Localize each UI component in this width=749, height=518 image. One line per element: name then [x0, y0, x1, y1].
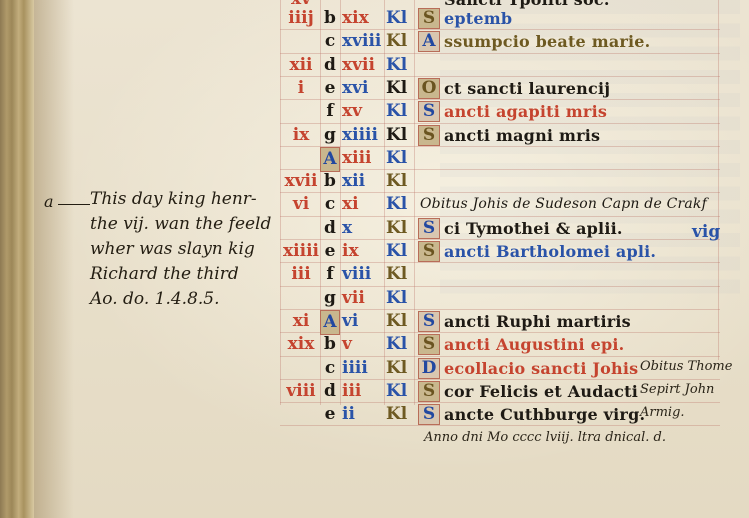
marginal-note-line: the vij. wan the feeld — [90, 212, 271, 237]
kl-abbreviation: Kl — [386, 380, 412, 403]
illuminated-initial: A — [418, 31, 440, 52]
calendar-entry: Obitus Johis de Sudeson Capn de Crakf — [420, 193, 707, 216]
illuminated-initial: S — [418, 125, 440, 146]
calendar-row: ixgxiiiiKlSancti magni mris — [0, 124, 749, 147]
golden-number: iii — [282, 263, 320, 286]
dominical-letter: f — [322, 263, 338, 286]
kl-abbreviation: Kl — [386, 193, 412, 216]
calendar-entry: ecollacio sancti Johis — [444, 357, 638, 380]
calendar-row: ciiiiKlDecollacio sancti JohisObitus Tho… — [0, 357, 749, 380]
calendar-entry: ancte Cuthburge virg. — [444, 403, 645, 426]
kl-abbreviation: Kl — [386, 357, 412, 380]
kl-abbreviation: Kl — [386, 77, 412, 100]
kalends-count: ix — [342, 240, 384, 263]
calendar-entry: ci Tymothei & aplii. — [444, 217, 623, 240]
kalends-count: viii — [342, 263, 384, 286]
kalends-count: vii — [342, 287, 384, 310]
kalends-count: xii — [342, 170, 384, 193]
kalends-count: xviii — [342, 30, 384, 53]
kl-abbreviation: Kl — [386, 100, 412, 123]
golden-number: viii — [282, 380, 320, 403]
calendar-row: AxiiiKl — [0, 147, 749, 170]
kalends-count: xvi — [342, 77, 384, 100]
dominical-letter: c — [322, 357, 338, 380]
illuminated-initial: S — [418, 218, 440, 239]
dominical-letter: c — [322, 193, 338, 216]
kalends-count: iii — [342, 380, 384, 403]
illuminated-initial: S — [418, 334, 440, 355]
dominical-letter: d — [322, 380, 338, 403]
illuminated-initial: D — [418, 358, 440, 379]
kl-abbreviation: Kl — [386, 287, 412, 310]
kalends-count: x — [342, 217, 384, 240]
kl-abbreviation: Kl — [386, 7, 412, 30]
dominical-letter: b — [322, 333, 338, 356]
calendar-row: xixbvKlSancti Augustini epi. — [0, 333, 749, 356]
kalends-count: xiiii — [342, 124, 384, 147]
calendar-entry: cor Felicis et Audacti — [444, 380, 638, 403]
kl-abbreviation: Kl — [386, 310, 412, 333]
calendar-entry: ancti agapiti mris — [444, 100, 607, 123]
kl-abbreviation: Kl — [386, 263, 412, 286]
calendar-entry: ssumpcio beate marie. — [444, 30, 650, 53]
golden-number: xi — [282, 310, 320, 333]
calendar-row: cxviiiKlAssumpcio beate marie. — [0, 30, 749, 53]
calendar-row: xiAviKlSancti Ruphi martiris — [0, 310, 749, 333]
dominical-letter: f — [322, 100, 338, 123]
kl-abbreviation: Kl — [386, 30, 412, 53]
calendar-entry: ancti magni mris — [444, 124, 600, 147]
illuminated-initial: S — [418, 101, 440, 122]
golden-number: xvii — [282, 170, 320, 193]
marginal-pointer-line — [58, 204, 90, 205]
dominical-letter: e — [322, 403, 338, 426]
marginal-note-line: Richard the third — [90, 262, 271, 287]
dominical-letter: b — [322, 170, 338, 193]
kalends-count: ii — [342, 403, 384, 426]
illuminated-initial: S — [418, 8, 440, 29]
illuminated-initial: S — [418, 381, 440, 402]
golden-number: xix — [282, 333, 320, 356]
margin-obit-note: Armig. — [640, 405, 685, 420]
calendar-row: eiiKlSancte Cuthburge virg.Armig. — [0, 403, 749, 426]
golden-number: xii — [282, 54, 320, 77]
calendar-row: fxvKlSancti agapiti mris — [0, 100, 749, 123]
calendar-row: xiidxviiKl — [0, 54, 749, 77]
calendar-entry: ancti Augustini epi. — [444, 333, 624, 356]
kl-abbreviation: Kl — [386, 217, 412, 240]
dominical-letter: A — [320, 147, 340, 172]
golden-number: ix — [282, 124, 320, 147]
marginal-note-line: wher was slayn kig — [90, 237, 271, 262]
kalends-count: vi — [342, 310, 384, 333]
dominical-letter: c — [322, 30, 338, 53]
calendar-entry: ancti Ruphi martiris — [444, 310, 631, 333]
marginal-note-bosworth: This day king henr- the vij. wan the fee… — [90, 187, 271, 312]
dominical-letter: b — [322, 7, 338, 30]
dominical-letter: e — [322, 77, 338, 100]
calendar-entry: ct sancti laurencij — [444, 77, 610, 100]
calendar-entry: ancti Bartholomei apli. — [444, 240, 656, 263]
bottom-annotation: Anno dni Mo cccc lviij. ltra dnical. d. — [424, 430, 666, 445]
dominical-letter: d — [322, 217, 338, 240]
calendar-row: viiidiiiKlScor Felicis et AudactiSepirt … — [0, 380, 749, 403]
vigil-marker: vig — [692, 222, 720, 242]
kl-abbreviation: Kl — [386, 403, 412, 426]
margin-obit-note: Obitus Thome — [640, 359, 732, 374]
illuminated-initial: S — [418, 404, 440, 425]
dominical-letter: e — [322, 240, 338, 263]
golden-number: xiiii — [282, 240, 320, 263]
marginal-pointer-mark: a — [44, 192, 54, 211]
kalends-count: v — [342, 333, 384, 356]
manuscript-page: xv Sancti Ypoliti soc. iiijbxixKlSeptemb… — [0, 0, 749, 518]
calendar-row: iiijbxixKlSeptemb — [0, 7, 749, 30]
kalends-count: xvii — [342, 54, 384, 77]
calendar-row: iexviKlOct sancti laurencij — [0, 77, 749, 100]
kl-abbreviation: Kl — [386, 147, 412, 170]
kl-abbreviation: Kl — [386, 170, 412, 193]
dominical-letter: d — [322, 54, 338, 77]
illuminated-initial: O — [418, 78, 440, 99]
golden-number: i — [282, 77, 320, 100]
margin-obit-note: Sepirt John — [640, 382, 714, 397]
golden-number: vi — [282, 193, 320, 216]
dominical-letter: A — [320, 310, 340, 335]
kl-abbreviation: Kl — [386, 333, 412, 356]
kalends-count: xi — [342, 193, 384, 216]
illuminated-initial: S — [418, 241, 440, 262]
illuminated-initial: S — [418, 311, 440, 332]
kalends-count: iiii — [342, 357, 384, 380]
kl-abbreviation: Kl — [386, 54, 412, 77]
kalends-count: xv — [342, 100, 384, 123]
dominical-letter: g — [322, 287, 338, 310]
kl-abbreviation: Kl — [386, 240, 412, 263]
kalends-count: xiii — [342, 147, 384, 170]
golden-number: iiij — [282, 7, 320, 30]
kl-abbreviation: Kl — [386, 124, 412, 147]
calendar-entry: eptemb — [444, 7, 512, 30]
dominical-letter: g — [322, 124, 338, 147]
kalends-count: xix — [342, 7, 384, 30]
marginal-note-line: Ao. do. 1.4.8.5. — [90, 287, 271, 312]
marginal-note-line: This day king henr- — [90, 187, 271, 212]
